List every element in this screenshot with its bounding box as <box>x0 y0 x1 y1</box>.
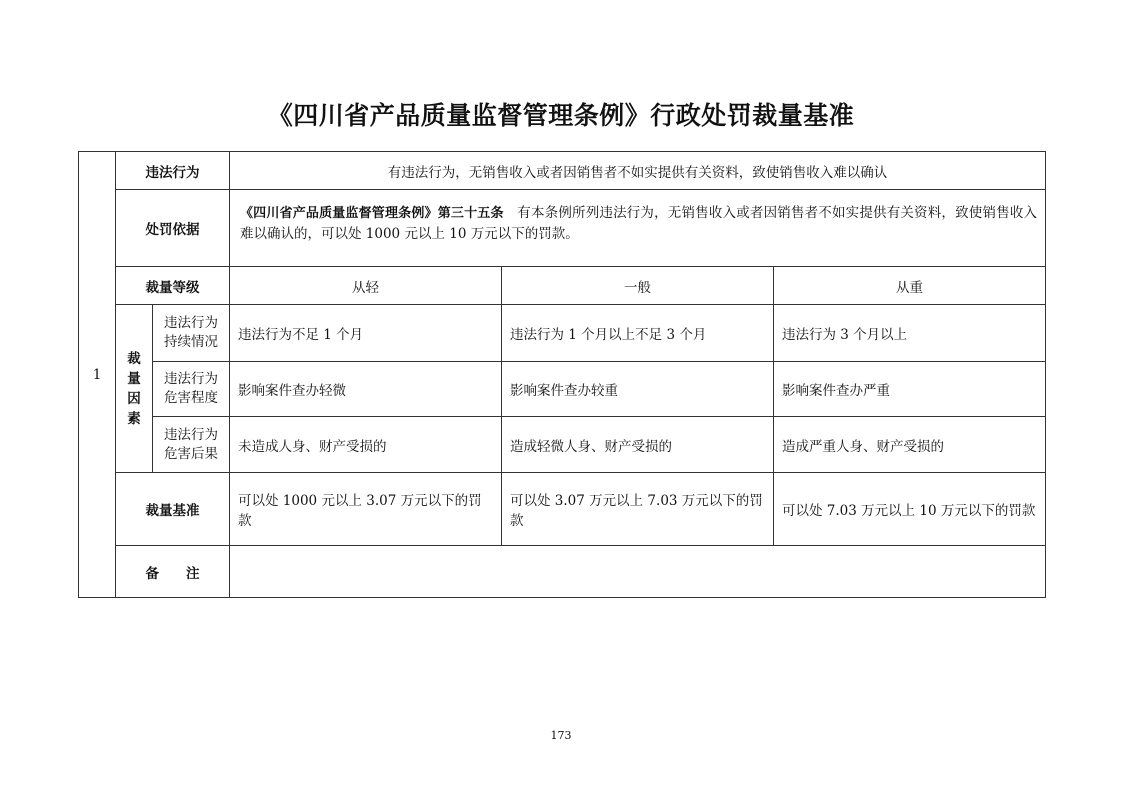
factor-row: 裁 量 因 素 违法行为持续情况 违法行为不足 1 个月 违法行为 1 个月以上… <box>79 305 1046 362</box>
levels-row: 裁量等级 从轻 一般 从重 <box>79 267 1046 305</box>
factors-label-char: 素 <box>116 409 152 429</box>
factor-name: 违法行为危害程度 <box>153 362 230 417</box>
violation-value: 有违法行为，无销售收入或者因销售者不如实提供有关资料，致使销售收入难以确认 <box>230 152 1046 190</box>
factor-value: 影响案件查办较重 <box>502 362 774 417</box>
factor-value: 影响案件查办轻微 <box>230 362 502 417</box>
standard-value: 可以处 3.07 万元以上 7.03 万元以下的罚款 <box>502 473 774 546</box>
factor-name-line: 违法行为 <box>164 371 218 387</box>
factor-value: 影响案件查办严重 <box>774 362 1046 417</box>
factors-label-char: 裁 <box>116 349 152 369</box>
basis-label: 处罚依据 <box>116 190 230 267</box>
levels-label: 裁量等级 <box>116 267 230 305</box>
document-title: 《四川省产品质量监督管理条例》行政处罚裁量基准 <box>0 96 1122 132</box>
factors-group-label: 裁 量 因 素 <box>116 305 153 473</box>
factor-row: 违法行为危害程度 影响案件查办轻微 影响案件查办较重 影响案件查办严重 <box>79 362 1046 417</box>
factor-row: 违法行为危害后果 未造成人身、财产受损的 造成轻微人身、财产受损的 造成严重人身… <box>79 417 1046 473</box>
factor-value: 未造成人身、财产受损的 <box>230 417 502 473</box>
factor-name-line: 危害后果 <box>164 446 218 462</box>
violation-row: 1 违法行为 有违法行为，无销售收入或者因销售者不如实提供有关资料，致使销售收入… <box>79 152 1046 190</box>
factor-value: 违法行为 1 个月以上不足 3 个月 <box>502 305 774 362</box>
basis-value: 《四川省产品质量监督管理条例》第三十五条 有本条例所列违法行为，无销售收入或者因… <box>230 190 1046 267</box>
level-lenient: 从轻 <box>230 267 502 305</box>
factor-name: 违法行为持续情况 <box>153 305 230 362</box>
factor-name: 违法行为危害后果 <box>153 417 230 473</box>
factors-label-char: 因 <box>116 389 152 409</box>
factor-name-line: 持续情况 <box>164 334 218 350</box>
page-number: 173 <box>0 729 1122 742</box>
factor-name-line: 违法行为 <box>164 315 218 331</box>
penalty-discretion-table: 1 违法行为 有违法行为，无销售收入或者因销售者不如实提供有关资料，致使销售收入… <box>78 151 1046 598</box>
violation-label: 违法行为 <box>116 152 230 190</box>
factor-value: 造成严重人身、财产受损的 <box>774 417 1046 473</box>
standard-value: 可以处 1000 元以上 3.07 万元以下的罚款 <box>230 473 502 546</box>
remarks-row: 备 注 <box>79 546 1046 598</box>
factor-value: 违法行为 3 个月以上 <box>774 305 1046 362</box>
row-number: 1 <box>79 152 116 598</box>
basis-row: 处罚依据 《四川省产品质量监督管理条例》第三十五条 有本条例所列违法行为，无销售… <box>79 190 1046 267</box>
level-general: 一般 <box>502 267 774 305</box>
remarks-label: 备 注 <box>116 546 230 598</box>
factor-name-line: 危害程度 <box>164 390 218 406</box>
standard-label: 裁量基准 <box>116 473 230 546</box>
factor-name-line: 违法行为 <box>164 427 218 443</box>
standard-row: 裁量基准 可以处 1000 元以上 3.07 万元以下的罚款 可以处 3.07 … <box>79 473 1046 546</box>
level-severe: 从重 <box>774 267 1046 305</box>
standard-value: 可以处 7.03 万元以上 10 万元以下的罚款 <box>774 473 1046 546</box>
remarks-value <box>230 546 1046 598</box>
factor-value: 造成轻微人身、财产受损的 <box>502 417 774 473</box>
law-reference: 《四川省产品质量监督管理条例》第三十五条 <box>240 206 504 221</box>
factor-value: 违法行为不足 1 个月 <box>230 305 502 362</box>
factors-label-char: 量 <box>116 369 152 389</box>
